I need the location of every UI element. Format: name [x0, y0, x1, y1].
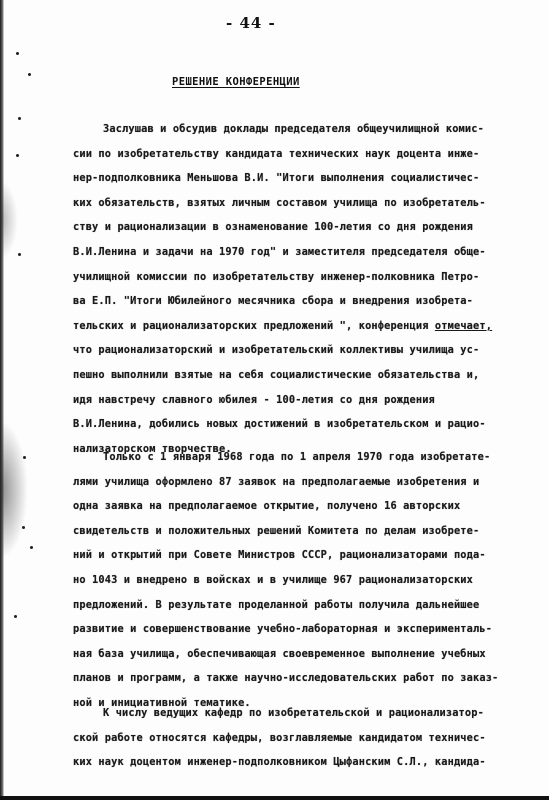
- text-line: одна заявка на предполагаемое открытие, …: [73, 500, 545, 512]
- text-line: К числу ведущих кафедр по изобретательск…: [103, 707, 545, 719]
- text-line: ная база училища, обеспечивающая своевре…: [73, 648, 545, 660]
- text-line: ких наук доцентом инженер-подполковником…: [73, 756, 545, 768]
- text-line: ской работе относятся кафедры, возглавля…: [73, 732, 545, 744]
- scan-speck: [30, 546, 33, 549]
- scanned-document-page: - 44 - РЕШЕНИЕ КОНФЕРЕНЦИИ Заслушав и об…: [0, 0, 549, 800]
- text-line: ких обязательств, взятых личным составом…: [73, 197, 545, 209]
- text-line: Заслушав и обсудив доклады председателя …: [103, 123, 545, 135]
- text-line: ва Е.П. "Итоги Юбилейного месячника сбор…: [73, 295, 545, 307]
- text-line: лями училища оформлено 87 заявок на пред…: [73, 476, 545, 488]
- text-line: В.И.Ленина, добились новых достижений в …: [73, 418, 545, 430]
- scan-speck: [18, 253, 21, 256]
- text-line: развитие и совершенствование учебно-лабо…: [73, 623, 545, 635]
- text-line: сии по изобретательству кандидата технич…: [73, 148, 545, 160]
- text-line: что рационализаторский и изобретательски…: [73, 344, 545, 356]
- text-line: но 1043 и внедрено в войсках и в училище…: [73, 574, 545, 586]
- text-line: тельских и рационализаторских предложени…: [73, 320, 545, 332]
- scan-speck: [28, 73, 31, 76]
- text-line: ству и рационализации в ознаменование 10…: [73, 221, 545, 233]
- text-line: нер-подполковника Меньшова В.И. "Итоги в…: [73, 172, 545, 184]
- scan-bottom-edge: [0, 796, 549, 800]
- scan-speck: [18, 117, 21, 120]
- scan-speck: [16, 52, 19, 55]
- text-line: училищной комиссии по изобретательству и…: [73, 271, 545, 283]
- scan-speck: [23, 456, 26, 459]
- scan-speck: [22, 526, 25, 529]
- scan-shadow: [0, 420, 28, 560]
- scan-speck: [14, 615, 17, 618]
- text-line: планов и программ, а также научно-исслед…: [73, 672, 545, 684]
- scan-speck: [16, 154, 19, 157]
- text-line: Только с 1 января 1968 года по 1 апреля …: [103, 451, 545, 463]
- document-title: РЕШЕНИЕ КОНФЕРЕНЦИИ: [172, 76, 300, 88]
- text-line: В.И.Ленина и задачи на 1970 год" и замес…: [73, 246, 545, 258]
- scan-shadow: [0, 180, 18, 260]
- underlined-word: отмечает,: [435, 320, 492, 332]
- text-line: свидетельств и положительных решений Ком…: [73, 525, 545, 537]
- page-number: - 44 -: [226, 14, 276, 32]
- scan-left-edge: [0, 0, 4, 800]
- text-line: предложений. В результате проделанной ра…: [73, 599, 545, 611]
- text-line: пешно выполнили взятые на себя социалист…: [73, 369, 545, 381]
- text-line: ний и открытий при Совете Министров СССР…: [73, 549, 545, 561]
- text-line: идя навстречу славного юбилея - 100-лети…: [73, 394, 545, 406]
